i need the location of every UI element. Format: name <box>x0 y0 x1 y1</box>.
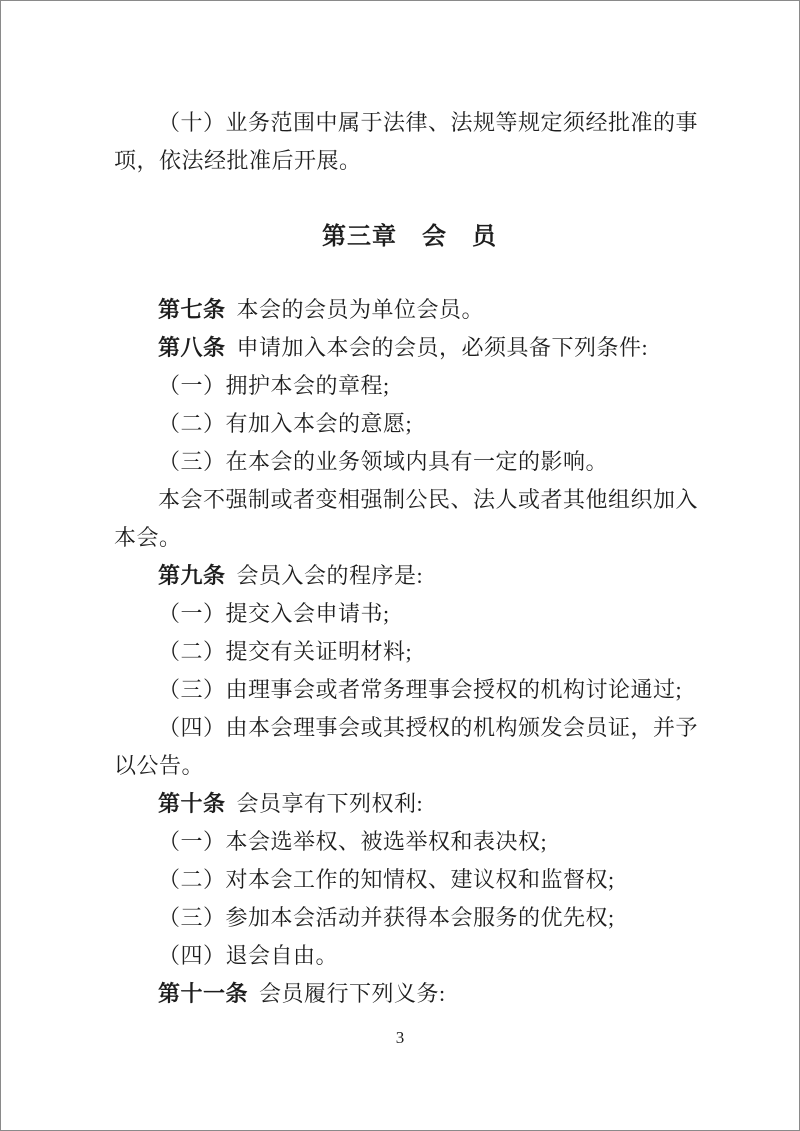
text-line: （三）在本会的业务领域内具有一定的影响。 <box>114 443 693 481</box>
line-text: 申请加入本会的会员，必须具备下列条件: <box>237 335 649 360</box>
line-text: 本会不强制或者变相强制公民、法人或者其他组织加入 <box>158 487 698 512</box>
line-text: （一）提交入会申请书; <box>158 601 390 626</box>
line-text: （二）提交有关证明材料; <box>158 639 412 664</box>
text-line: （三）由理事会或者常务理事会授权的机构讨论通过; <box>114 671 693 709</box>
line-text: 会员享有下列权利: <box>237 791 424 816</box>
article-number: 第十一条 <box>158 981 248 1006</box>
line-text: 本会。 <box>114 525 182 550</box>
text-line: （三）参加本会活动并获得本会服务的优先权; <box>114 899 693 937</box>
article-number: 第八条 <box>158 335 226 360</box>
text-line: 项，依法经批准后开展。 <box>114 142 693 180</box>
text-line: （二）对本会工作的知情权、建议权和监督权; <box>114 861 693 899</box>
line-text: （二）对本会工作的知情权、建议权和监督权; <box>158 867 615 892</box>
article-number: 第九条 <box>158 563 226 588</box>
chapter-heading: 第三章 会 员 <box>114 218 693 256</box>
text-line: 第八条申请加入本会的会员，必须具备下列条件: <box>114 329 693 367</box>
document-page: （十）业务范围中属于法律、法规等规定须经批准的事项，依法经批准后开展。第三章 会… <box>0 0 800 1131</box>
article-number: 第十条 <box>158 791 226 816</box>
line-text: 会员入会的程序是: <box>237 563 424 588</box>
text-line: （一）拥护本会的章程; <box>114 367 693 405</box>
line-text: 本会的会员为单位会员。 <box>237 297 485 322</box>
text-line: 以公告。 <box>114 747 693 785</box>
line-text: （二）有加入本会的意愿; <box>158 411 412 436</box>
line-text: 以公告。 <box>114 753 204 778</box>
line-text: （三）由理事会或者常务理事会授权的机构讨论通过; <box>158 677 682 702</box>
text-line: （四）退会自由。 <box>114 937 693 975</box>
text-line: （二）提交有关证明材料; <box>114 633 693 671</box>
line-text: （三）参加本会活动并获得本会服务的优先权; <box>158 905 615 930</box>
text-line: 第九条会员入会的程序是: <box>114 557 693 595</box>
text-line: 第七条本会的会员为单位会员。 <box>114 291 693 329</box>
page-number: 3 <box>1 1027 799 1049</box>
text-line: 本会不强制或者变相强制公民、法人或者其他组织加入 <box>114 481 693 519</box>
text-line: 本会。 <box>114 519 693 557</box>
document-body: （十）业务范围中属于法律、法规等规定须经批准的事项，依法经批准后开展。第三章 会… <box>114 104 693 1013</box>
text-line: （二）有加入本会的意愿; <box>114 405 693 443</box>
text-line: （一）本会选举权、被选举权和表决权; <box>114 823 693 861</box>
line-text: （四）由本会理事会或其授权的机构颁发会员证，并予 <box>158 715 698 740</box>
text-line: （十）业务范围中属于法律、法规等规定须经批准的事 <box>114 104 693 142</box>
text-line: （一）提交入会申请书; <box>114 595 693 633</box>
text-line: 第十条会员享有下列权利: <box>114 785 693 823</box>
article-number: 第七条 <box>158 297 226 322</box>
text-line: 第十一条会员履行下列义务: <box>114 975 693 1013</box>
line-text: （一）拥护本会的章程; <box>158 373 390 398</box>
text-line: （四）由本会理事会或其授权的机构颁发会员证，并予 <box>114 709 693 747</box>
line-text: 会员履行下列义务: <box>259 981 446 1006</box>
line-text: （四）退会自由。 <box>158 943 338 968</box>
line-text: （一）本会选举权、被选举权和表决权; <box>158 829 547 854</box>
line-text: （十）业务范围中属于法律、法规等规定须经批准的事 <box>158 110 698 135</box>
line-text: （三）在本会的业务领域内具有一定的影响。 <box>158 449 608 474</box>
line-text: 项，依法经批准后开展。 <box>114 148 362 173</box>
